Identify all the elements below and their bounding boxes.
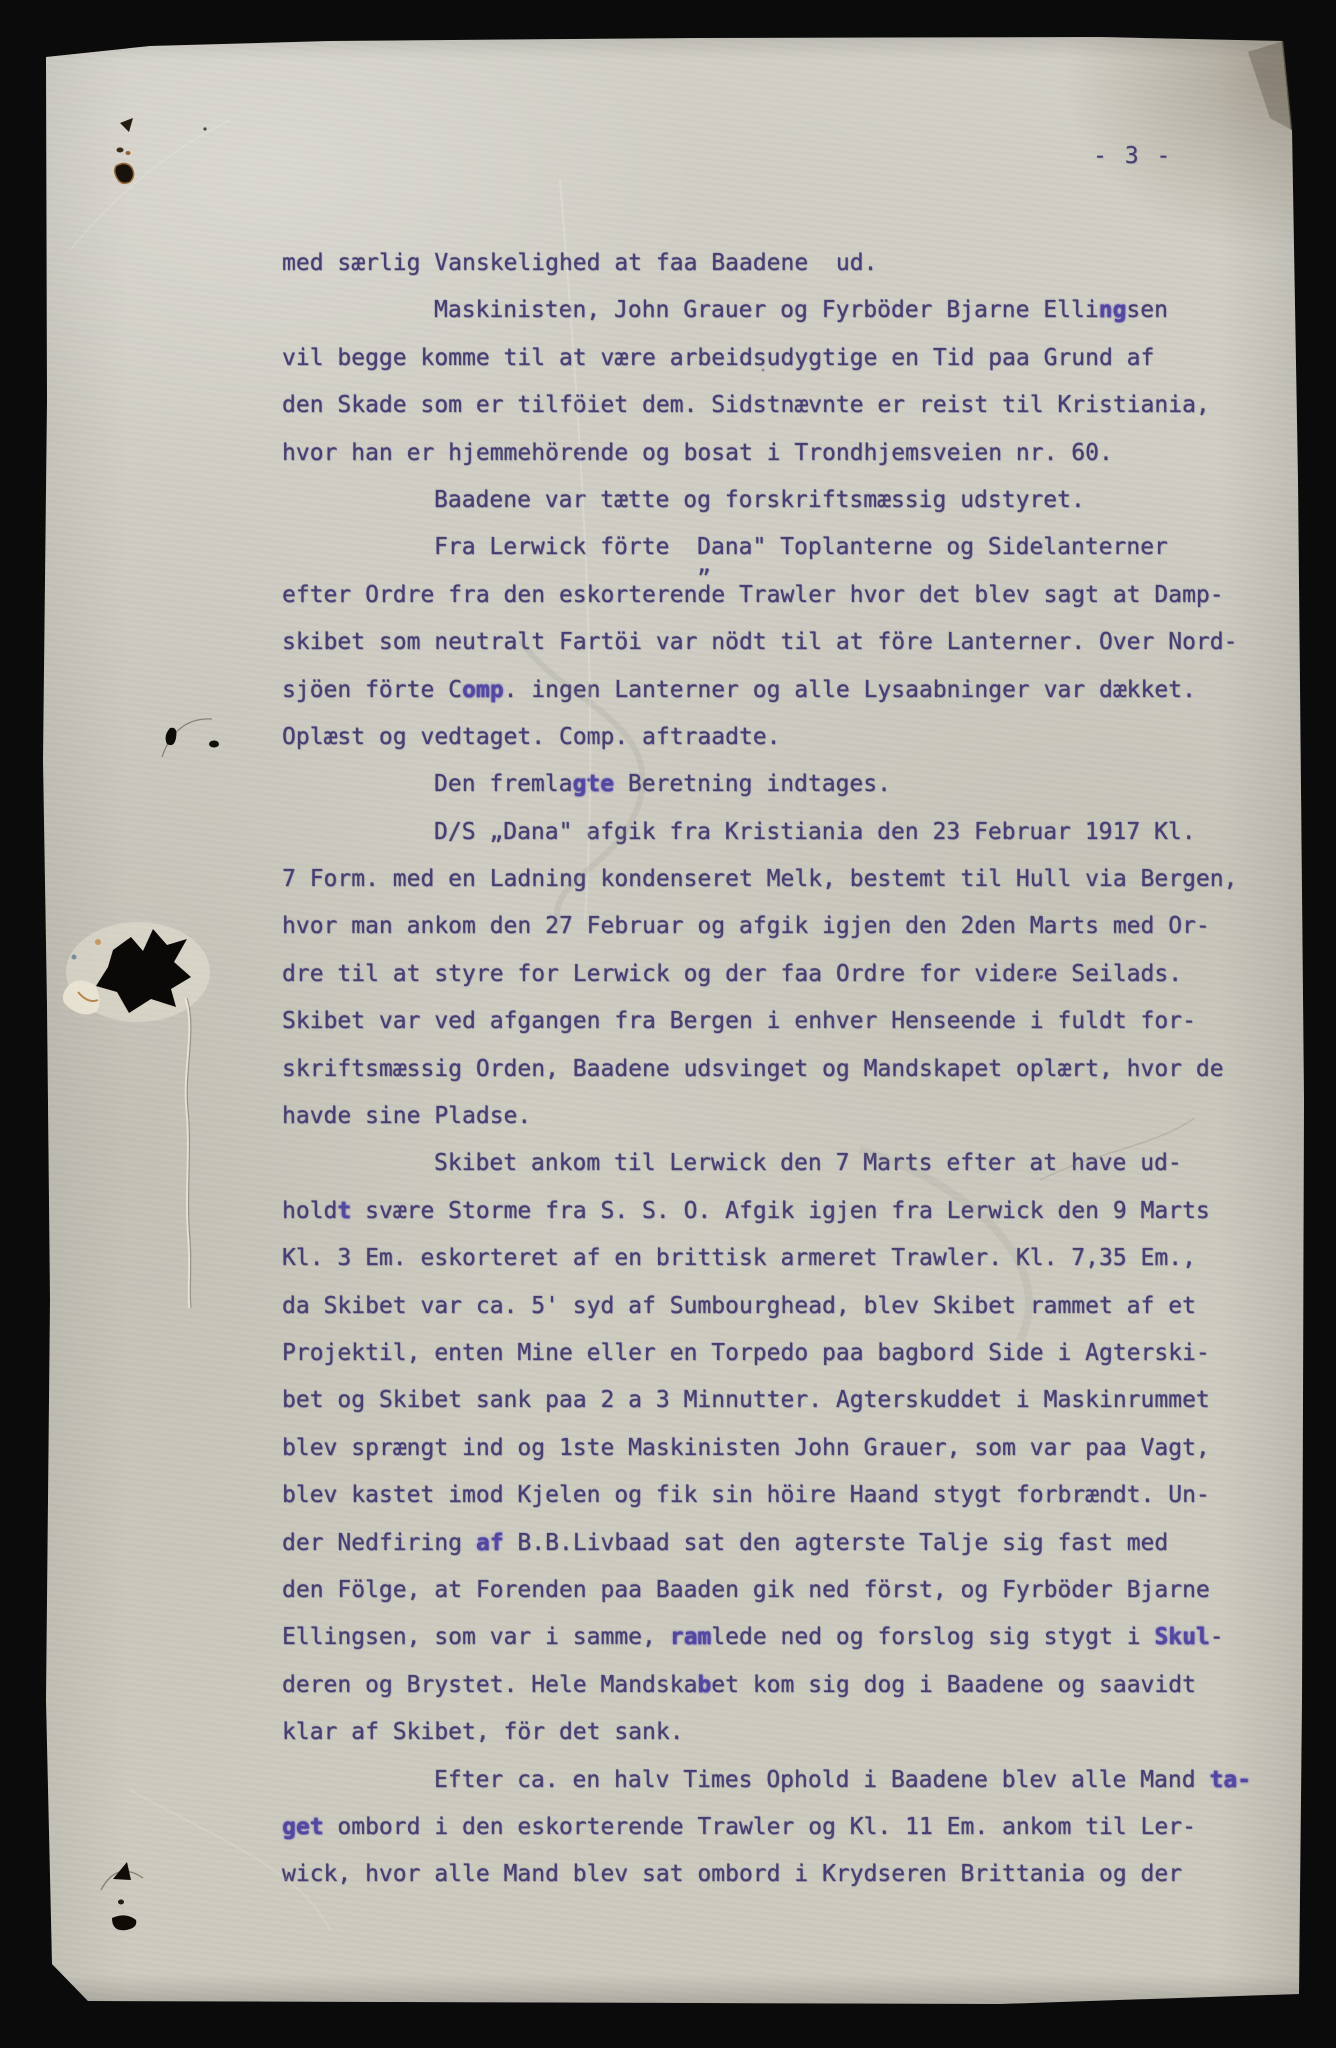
- overtyped-text: b: [697, 1672, 711, 1698]
- typed-text: Efter ca. en halv Times Ophold i Baadene…: [434, 1767, 1209, 1793]
- typed-text: den Skade som er tilföiet dem. Sidstnævn…: [282, 392, 1210, 418]
- text-line: Den fremlagte Beretning indtages.: [282, 761, 1272, 808]
- overtyped-text: Skul: [1154, 1624, 1209, 1650]
- text-line: wick, hvor alle Mand blev sat ombord i K…: [282, 1851, 1272, 1898]
- typed-text: den Fölge, at Forenden paa Baaden gik ne…: [282, 1577, 1210, 1603]
- text-line: Projektil, enten Mine eller en Torpedo p…: [282, 1330, 1272, 1377]
- text-line: blev kastet imod Kjelen og fik sin höire…: [282, 1472, 1272, 1519]
- text-line: vil begge komme til at være arbeidsudygt…: [282, 335, 1272, 382]
- overtyped-text: ta-: [1209, 1767, 1251, 1793]
- text-line: Ellingsen, som var i samme, ramlede ned …: [282, 1614, 1272, 1661]
- typed-text: vil begge komme til at være arbeidsudygt…: [282, 345, 1154, 371]
- text-line: med særlig Vanskelighed at faa Baadene u…: [282, 240, 1272, 287]
- text-line: hvor man ankom den 27 Februar og afgik i…: [282, 903, 1272, 950]
- typed-text: lede ned og forslog sig stygt i: [711, 1624, 1154, 1650]
- text-line: Efter ca. en halv Times Ophold i Baadene…: [282, 1757, 1272, 1804]
- typed-text: havde sine Pladse.: [282, 1103, 531, 1129]
- typed-text: skriftsmæssig Orden, Baadene udsvinget o…: [282, 1056, 1224, 1082]
- typed-text: Kl. 3 Em. eskorteret af en brittisk arme…: [282, 1245, 1196, 1271]
- typed-text: svære Storme fra S. S. O. Afgik igjen fr…: [351, 1198, 1210, 1224]
- overtyped-text: ng: [1099, 297, 1127, 323]
- typed-text: der Nedfiring: [282, 1530, 476, 1556]
- typed-text: da Skibet var ca. 5' syd af Sumbourghead…: [282, 1293, 1196, 1319]
- typed-text: Skibet ankom til Lerwick den 7 Marts eft…: [434, 1150, 1182, 1176]
- text-line: blev sprængt ind og 1ste Maskinisten Joh…: [282, 1425, 1272, 1472]
- typed-text: et kom sig dog i Baadene og saavidt: [711, 1672, 1196, 1698]
- text-line: Skibet var ved afgangen fra Bergen i enh…: [282, 998, 1272, 1045]
- typed-text: med særlig Vanskelighed at faa Baadene u…: [282, 250, 877, 276]
- text-line: get ombord i den eskorterende Trawler og…: [282, 1804, 1272, 1851]
- typed-text: hold: [282, 1198, 337, 1224]
- typed-text: Baadene var tætte og forskriftsmæssig ud…: [434, 487, 1085, 513]
- typed-text: skibet som neutralt Fartöi var nödt til …: [282, 629, 1237, 655]
- overtyped-text: gte: [572, 771, 614, 797]
- text-line: bet og Skibet sank paa 2 a 3 Minnutter. …: [282, 1377, 1272, 1424]
- text-line: dre til at styre for Lerwick og der faa …: [282, 951, 1272, 998]
- text-line: holdt svære Storme fra S. S. O. Afgik ig…: [282, 1188, 1272, 1235]
- typed-text: Maskinisten, John Grauer og Fyrböder Bja…: [434, 297, 1099, 323]
- typed-text: dre til at styre for Lerwick og der faa …: [282, 961, 1182, 987]
- typed-text: Projektil, enten Mine eller en Torpedo p…: [282, 1340, 1210, 1366]
- text-line: da Skibet var ca. 5' syd af Sumbourghead…: [282, 1283, 1272, 1330]
- text-line: efter Ordre fra den eskorterende Trawler…: [282, 572, 1272, 619]
- text-line: D/S „Dana" afgik fra Kristiania den 23 F…: [282, 809, 1272, 856]
- overtyped-text: omp: [462, 677, 504, 703]
- text-line: deren og Brystet. Hele Mandskabet kom si…: [282, 1662, 1272, 1709]
- typed-text: blev kastet imod Kjelen og fik sin höire…: [282, 1482, 1210, 1508]
- text-line: Baadene var tætte og forskriftsmæssig ud…: [282, 477, 1272, 524]
- text-line: hvor han er hjemmehörende og bosat i Tro…: [282, 430, 1272, 477]
- typed-text: hvor han er hjemmehörende og bosat i Tro…: [282, 440, 1113, 466]
- typed-text: 7 Form. med en Ladning kondenseret Melk,…: [282, 866, 1237, 892]
- text-line: Kl. 3 Em. eskorteret af en brittisk arme…: [282, 1235, 1272, 1282]
- overtyped-text: t: [337, 1198, 351, 1224]
- overtyped-text: ram: [670, 1624, 712, 1650]
- text-line: Fra Lerwick förte Dana" Toplanterne og S…: [282, 524, 1272, 571]
- text-line: Oplæst og vedtaget. Comp. aftraadte.: [282, 714, 1272, 761]
- typed-text: sen: [1126, 297, 1168, 323]
- corner-fold: [48, 1958, 94, 2004]
- text-line: klar af Skibet, för det sank.: [282, 1709, 1272, 1756]
- overtyped-text: af: [476, 1530, 504, 1556]
- typed-text: . ingen Lanterner og alle Lysaabninger v…: [504, 677, 1196, 703]
- typed-text: blev sprængt ind og 1ste Maskinisten Joh…: [282, 1435, 1210, 1461]
- typed-text: Beretning indtages.: [614, 771, 891, 797]
- low-quote-mark: „: [697, 552, 711, 578]
- typed-text: sjöen förte C: [282, 677, 462, 703]
- text-line: der Nedfiring af B.B.Livbaad sat den agt…: [282, 1520, 1272, 1567]
- typed-text: Skibet var ved afgangen fra Bergen i enh…: [282, 1008, 1196, 1034]
- page-number: - 3 -: [1093, 143, 1172, 169]
- typed-text: Den fremla: [434, 771, 572, 797]
- text-line: sjöen förte Comp. ingen Lanterner og all…: [282, 667, 1272, 714]
- text-line: skibet som neutralt Fartöi var nödt til …: [282, 619, 1272, 666]
- typed-text: deren og Brystet. Hele Mandska: [282, 1672, 697, 1698]
- typed-text: bet og Skibet sank paa 2 a 3 Minnutter. …: [282, 1387, 1210, 1413]
- typed-text: wick, hvor alle Mand blev sat ombord i K…: [282, 1861, 1182, 1887]
- text-line: den Skade som er tilföiet dem. Sidstnævn…: [282, 382, 1272, 429]
- typed-text: klar af Skibet, för det sank.: [282, 1719, 684, 1745]
- text-line: 7 Form. med en Ladning kondenseret Melk,…: [282, 856, 1272, 903]
- typed-text: B.B.Livbaad sat den agterste Talje sig f…: [504, 1530, 1169, 1556]
- photo-background: - 3 - med særlig Vanskelighed at faa Baa…: [0, 0, 1336, 2048]
- typed-text: D/S „Dana" afgik fra Kristiania den 23 F…: [434, 819, 1196, 845]
- text-line: Skibet ankom til Lerwick den 7 Marts eft…: [282, 1140, 1272, 1187]
- typed-text: -: [1210, 1624, 1224, 1650]
- document-body-text: med særlig Vanskelighed at faa Baadene u…: [282, 240, 1272, 1899]
- typed-text: ombord i den eskorterende Trawler og Kl.…: [324, 1814, 1196, 1840]
- typed-text: Ellingsen, som var i samme,: [282, 1624, 670, 1650]
- overtyped-text: get: [282, 1814, 324, 1840]
- typed-text: Fra Lerwick förte Dana" Toplanterne og S…: [434, 534, 1168, 560]
- text-line: den Fölge, at Forenden paa Baaden gik ne…: [282, 1567, 1272, 1614]
- typed-text: hvor man ankom den 27 Februar og afgik i…: [282, 913, 1210, 939]
- text-line: Maskinisten, John Grauer og Fyrböder Bja…: [282, 287, 1272, 334]
- typed-text: Oplæst og vedtaget. Comp. aftraadte.: [282, 724, 781, 750]
- text-line: havde sine Pladse.: [282, 1093, 1272, 1140]
- typed-text: efter Ordre fra den eskorterende Trawler…: [282, 582, 1224, 608]
- text-line: skriftsmæssig Orden, Baadene udsvinget o…: [282, 1046, 1272, 1093]
